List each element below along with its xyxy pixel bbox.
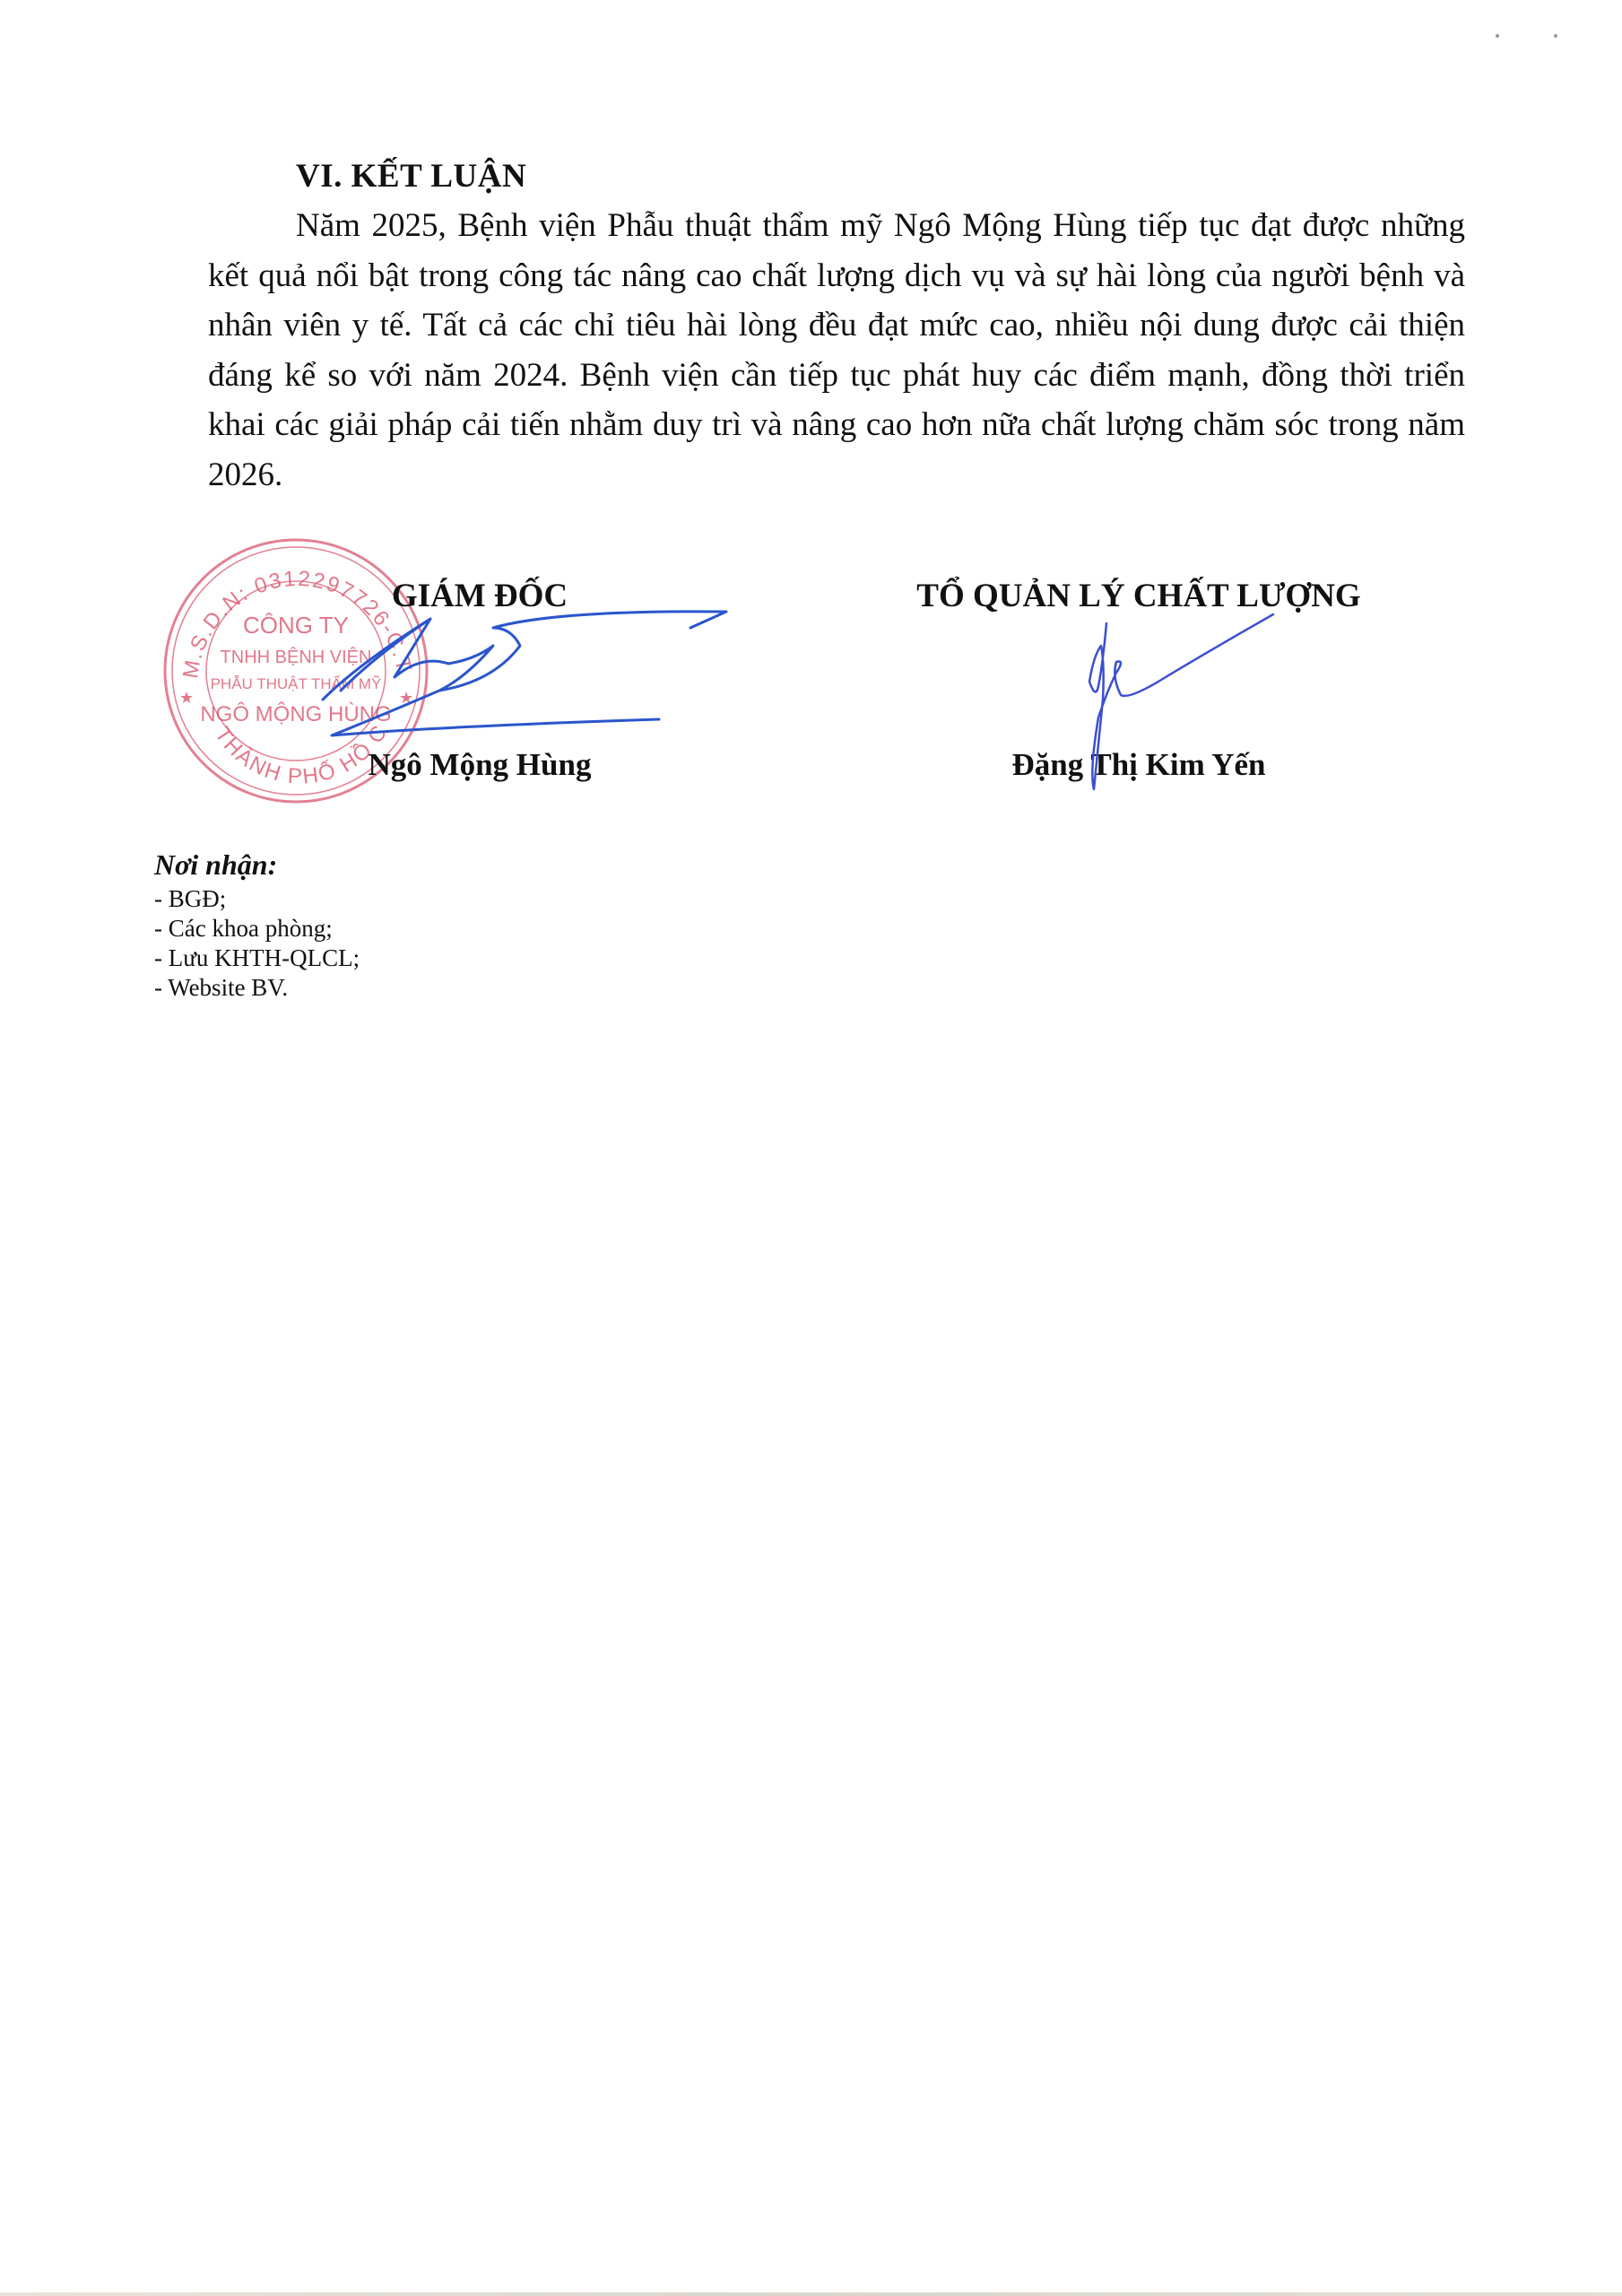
recipients-section: Nơi nhận: - BGĐ; - Các khoa phòng; - Lưu… (154, 845, 360, 1003)
scan-bottom-edge (0, 2292, 1622, 2296)
director-signature (305, 592, 753, 753)
quality-signature (1076, 610, 1291, 798)
recipient-item: - Website BV. (154, 973, 360, 1003)
recipient-item: - Các khoa phòng; (154, 914, 360, 944)
star-icon: ★ (179, 689, 194, 707)
scan-speck (1554, 34, 1557, 38)
recipient-item: - BGĐ; (154, 884, 360, 914)
recipient-item: - Lưu KHTH-QLCL; (154, 944, 360, 973)
section-heading: VI. KẾT LUẬN (296, 154, 526, 199)
conclusion-paragraph: Năm 2025, Bệnh viện Phẫu thuật thẩm mỹ N… (208, 201, 1465, 500)
scan-speck (1496, 34, 1499, 38)
recipients-title: Nơi nhận: (154, 845, 360, 884)
